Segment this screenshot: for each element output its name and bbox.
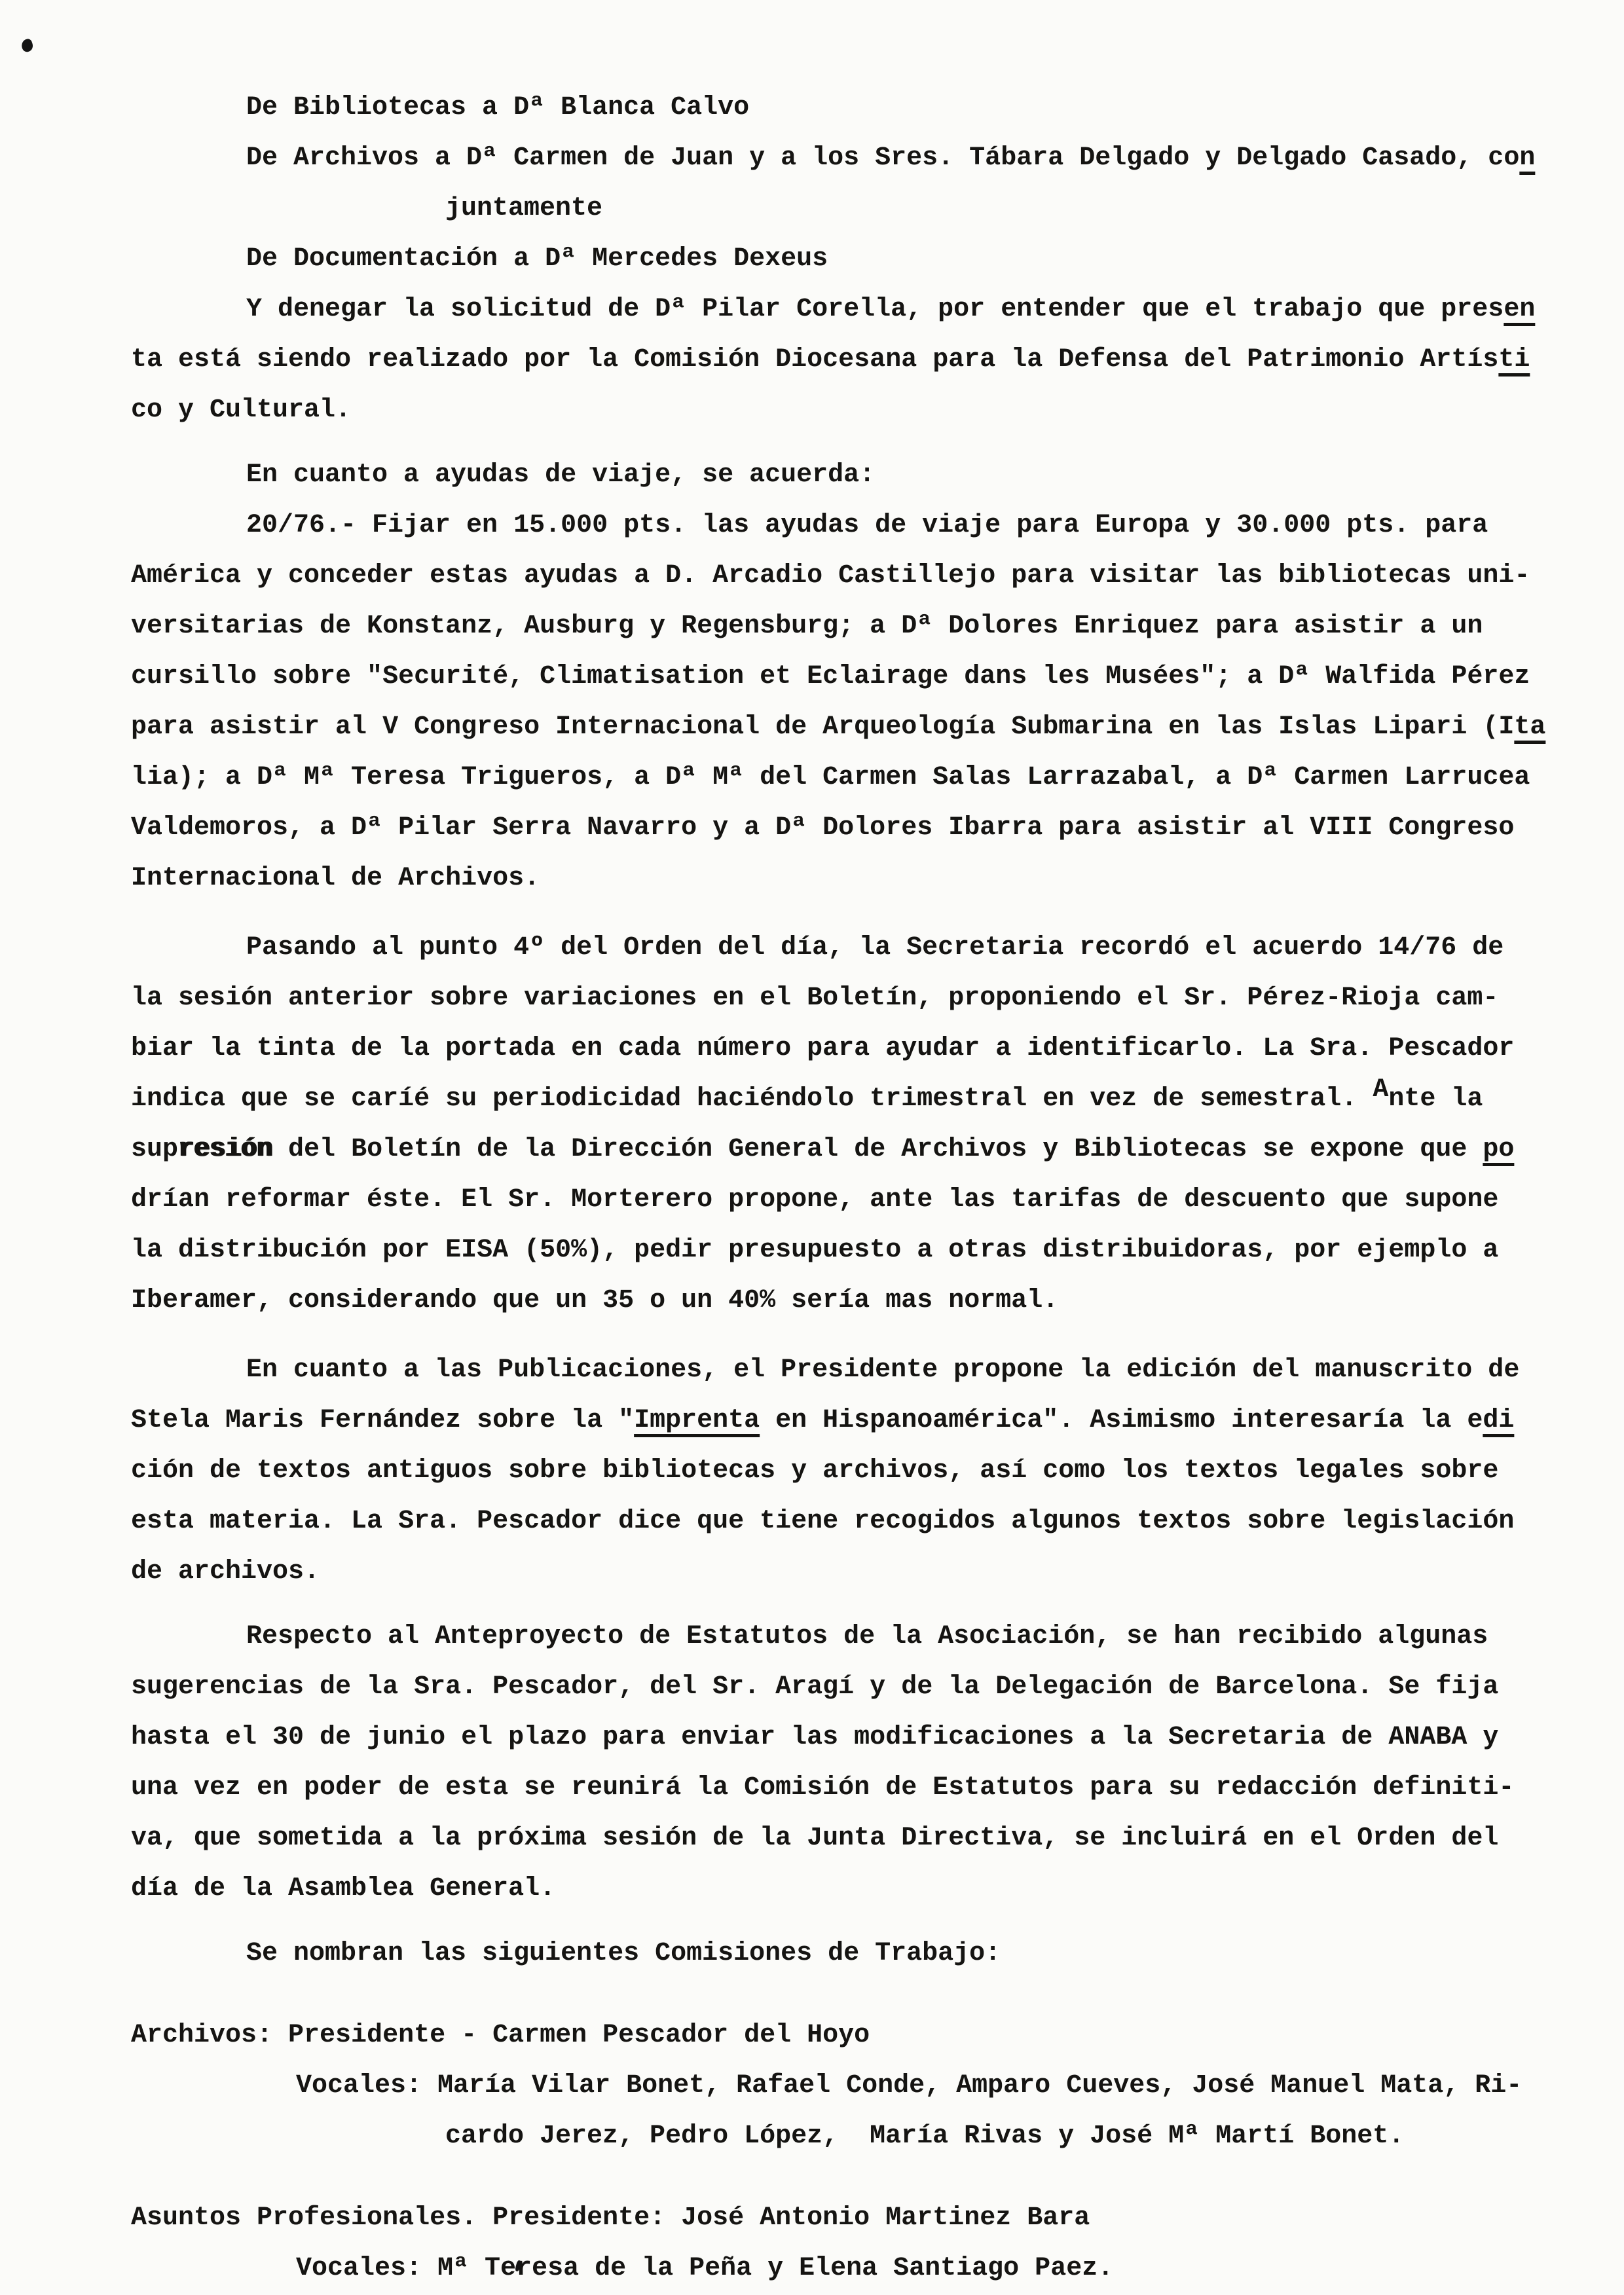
text-segment: En cuanto a las Publicaciones, el Presid… [246, 1355, 1519, 1385]
text-line: Internacional de Archivos. [131, 853, 1559, 904]
text-line: supresión del Boletín de la Dirección Ge… [131, 1124, 1559, 1175]
text-line: una vez en poder de esta se reunirá la C… [131, 1763, 1559, 1813]
text-line: ción de textos antiguos sobre biblioteca… [131, 1446, 1559, 1496]
text-line: biar la tinta de la portada en cada núme… [131, 1023, 1559, 1074]
text-segment: sup [131, 1135, 178, 1164]
text-segment: Archivos: Presidente - Carmen Pescador d… [131, 2021, 870, 2050]
text-line: En cuanto a ayudas de viaje, se acuerda: [131, 450, 1559, 500]
text-segment: del Boletín de la Dirección General de A… [272, 1135, 1483, 1164]
text-segment: cursillo sobre "Securité, Climatisation … [131, 662, 1530, 691]
text-segment: esta materia. La Sra. Pescador dice que … [131, 1507, 1514, 1536]
text-line: cardo Jerez, Pedro López, María Rivas y … [131, 2111, 1559, 2161]
text-line: co y Cultural. [131, 385, 1559, 435]
text-line: Archivos: Presidente - Carmen Pescador d… [131, 2010, 1559, 2061]
text-line: De Documentación a Dª Mercedes Dexeus [131, 234, 1559, 284]
text-segment: juntamente [445, 194, 602, 223]
ink-speck [20, 38, 34, 53]
text-line: versitarias de Konstanz, Ausburg y Regen… [131, 601, 1559, 652]
text-segment: De Documentación a Dª Mercedes Dexeus [246, 244, 828, 274]
text-segment: Se nombran las siguientes Comisiones de … [246, 1939, 1001, 1968]
text-line: día de la Asamblea General. [131, 1864, 1559, 1914]
text-segment: día de la Asamblea General. [131, 1874, 555, 1903]
text-line: De Bibliotecas a Dª Blanca Calvo [131, 83, 1559, 133]
text-line: 20/76.- Fijar en 15.000 pts. las ayudas … [131, 500, 1559, 551]
text-segment: ción de textos antiguos sobre biblioteca… [131, 1456, 1498, 1486]
text-line: sugerencias de la Sra. Pescador, del Sr.… [131, 1662, 1559, 1712]
text-segment: para asistir al V Congreso Internacional… [131, 712, 1514, 742]
text-segment: resión [178, 1135, 272, 1164]
underlined-text-segment: n [1519, 143, 1535, 173]
text-line: Asuntos Profesionales. Presidente: José … [131, 2193, 1559, 2243]
text-segment: cardo Jerez, Pedro López, María Rivas y … [445, 2121, 1404, 2151]
text-line: Vocales: Mª Teresa de la Peña y Elena Sa… [131, 2243, 1559, 2294]
text-segment: biar la tinta de la portada en cada núme… [131, 1034, 1514, 1063]
text-segment: Vocales: María Vilar Bonet, Rafael Conde… [296, 2071, 1522, 2101]
text-segment: Stela Maris Fernández sobre la " [131, 1406, 634, 1435]
text-segment: Vocales: Mª Teresa de la Peña y Elena Sa… [296, 2254, 1113, 2283]
text-line: Valdemoros, a Dª Pilar Serra Navarro y a… [131, 803, 1559, 853]
text-segment: en Hispanoamérica". Asimismo interesaría… [760, 1406, 1483, 1435]
text-line: lia); a Dª Mª Teresa Trigueros, a Dª Mª … [131, 752, 1559, 803]
text-line: cursillo sobre "Securité, Climatisation … [131, 652, 1559, 702]
text-line: esta materia. La Sra. Pescador dice que … [131, 1496, 1559, 1547]
text-line: la sesión anterior sobre variaciones en … [131, 973, 1559, 1023]
underlined-text-segment: ti [1498, 345, 1530, 375]
text-segment: A [1373, 1075, 1388, 1105]
text-segment: indica que se caríé su periodicidad haci… [131, 1084, 1373, 1114]
underlined-text-segment: po [1483, 1135, 1514, 1164]
text-segment: co y Cultural. [131, 395, 351, 425]
text-segment: 20/76.- Fijar en 15.000 pts. las ayudas … [246, 511, 1488, 540]
scanned-document-page: De Bibliotecas a Dª Blanca CalvoDe Archi… [0, 0, 1624, 2295]
text-line: drían reformar éste. El Sr. Morterero pr… [131, 1175, 1559, 1225]
text-segment: En cuanto a ayudas de viaje, se acuerda: [246, 460, 875, 490]
text-line: de archivos. [131, 1547, 1559, 1597]
text-segment: versitarias de Konstanz, Ausburg y Regen… [131, 612, 1483, 641]
text-line: hasta el 30 de junio el plazo para envia… [131, 1712, 1559, 1763]
text-segment: ta está siendo realizado por la Comisión… [131, 345, 1498, 375]
text-segment: Valdemoros, a Dª Pilar Serra Navarro y a… [131, 813, 1514, 843]
text-segment: hasta el 30 de junio el plazo para envia… [131, 1723, 1498, 1752]
document-body: De Bibliotecas a Dª Blanca CalvoDe Archi… [131, 83, 1559, 2294]
text-line: Y denegar la solicitud de Dª Pilar Corel… [131, 284, 1559, 335]
text-segment: América y conceder estas ayudas a D. Arc… [131, 561, 1530, 591]
text-line: De Archivos a Dª Carmen de Juan y a los … [131, 133, 1559, 183]
text-segment: De Archivos a Dª Carmen de Juan y a los … [246, 143, 1519, 173]
underlined-text-segment: Imprenta [634, 1406, 760, 1435]
text-line: Pasando al punto 4º del Orden del día, l… [131, 923, 1559, 973]
text-segment: Asuntos Profesionales. Presidente: José … [131, 2203, 1090, 2233]
text-segment: la sesión anterior sobre variaciones en … [131, 983, 1498, 1013]
text-segment: Respecto al Anteproyecto de Estatutos de… [246, 1622, 1488, 1651]
text-line: ta está siendo realizado por la Comisión… [131, 335, 1559, 385]
underlined-text-segment: en [1504, 295, 1535, 324]
text-segment: De Bibliotecas a Dª Blanca Calvo [246, 93, 749, 122]
text-segment: Pasando al punto 4º del Orden del día, l… [246, 933, 1504, 963]
text-segment: lia); a Dª Mª Teresa Trigueros, a Dª Mª … [131, 763, 1530, 792]
text-segment: nte la [1388, 1084, 1483, 1114]
text-segment: una vez en poder de esta se reunirá la C… [131, 1773, 1514, 1803]
text-segment: Internacional de Archivos. [131, 864, 540, 893]
text-segment: drían reformar éste. El Sr. Morterero pr… [131, 1185, 1498, 1215]
underlined-text-segment: di [1483, 1406, 1514, 1435]
text-line: va, que sometida a la próxima sesión de … [131, 1813, 1559, 1864]
text-line: En cuanto a las Publicaciones, el Presid… [131, 1345, 1559, 1395]
text-line: indica que se caríé su periodicidad haci… [131, 1074, 1559, 1124]
text-line: Vocales: María Vilar Bonet, Rafael Conde… [131, 2061, 1559, 2111]
text-line: América y conceder estas ayudas a D. Arc… [131, 551, 1559, 601]
text-line: la distribución por EISA (50%), pedir pr… [131, 1225, 1559, 1276]
text-segment: sugerencias de la Sra. Pescador, del Sr.… [131, 1672, 1498, 1702]
underlined-text-segment: ta [1514, 712, 1545, 742]
text-line: juntamente [131, 183, 1559, 234]
text-segment: la distribución por EISA (50%), pedir pr… [131, 1236, 1498, 1265]
text-line: Iberamer, considerando que un 35 o un 40… [131, 1276, 1559, 1326]
text-line: para asistir al V Congreso Internacional… [131, 702, 1559, 752]
text-line: Respecto al Anteproyecto de Estatutos de… [131, 1611, 1559, 1662]
text-line: Se nombran las siguientes Comisiones de … [131, 1928, 1559, 1979]
text-segment: Iberamer, considerando que un 35 o un 40… [131, 1286, 1058, 1315]
text-segment: va, que sometida a la próxima sesión de … [131, 1824, 1498, 1853]
text-segment: de archivos. [131, 1557, 320, 1587]
text-segment: Y denegar la solicitud de Dª Pilar Corel… [246, 295, 1504, 324]
text-line: Stela Maris Fernández sobre la "Imprenta… [131, 1395, 1559, 1446]
